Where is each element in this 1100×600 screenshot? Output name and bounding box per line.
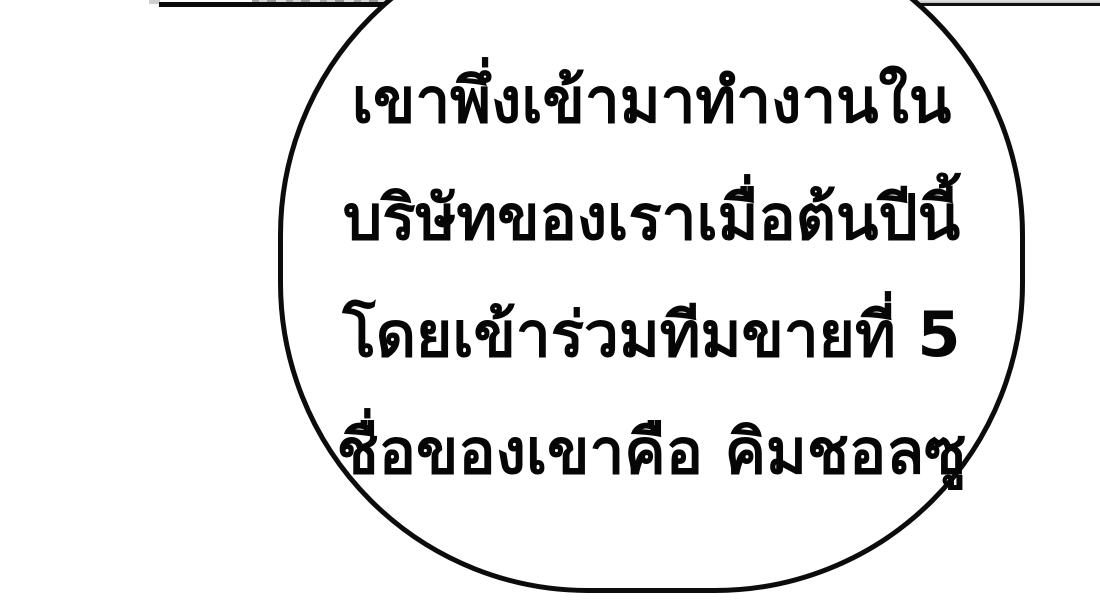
speech-bubble: เขาพึ่งเข้ามาทำงานใน บริษัทของเราเมื่อต้… [278, 0, 1025, 593]
speech-bubble-text: เขาพึ่งเข้ามาทำงานใน บริษัทของเราเมื่อต้… [283, 42, 1020, 510]
speech-line-2: บริษัทของเราเมื่อต้นปีนี้ [283, 159, 1020, 276]
speech-line-3: โดยเข้าร่วมทีมขายที่ 5 [283, 276, 1020, 393]
speech-line-1: เขาพึ่งเข้ามาทำงานใน [283, 42, 1020, 159]
comic-panel: เขาพึ่งเข้ามาทำงานใน บริษัทของเราเมื่อต้… [0, 0, 1100, 600]
speech-line-4: ชื่อของเขาคือ คิมชอลซู [283, 393, 1020, 510]
